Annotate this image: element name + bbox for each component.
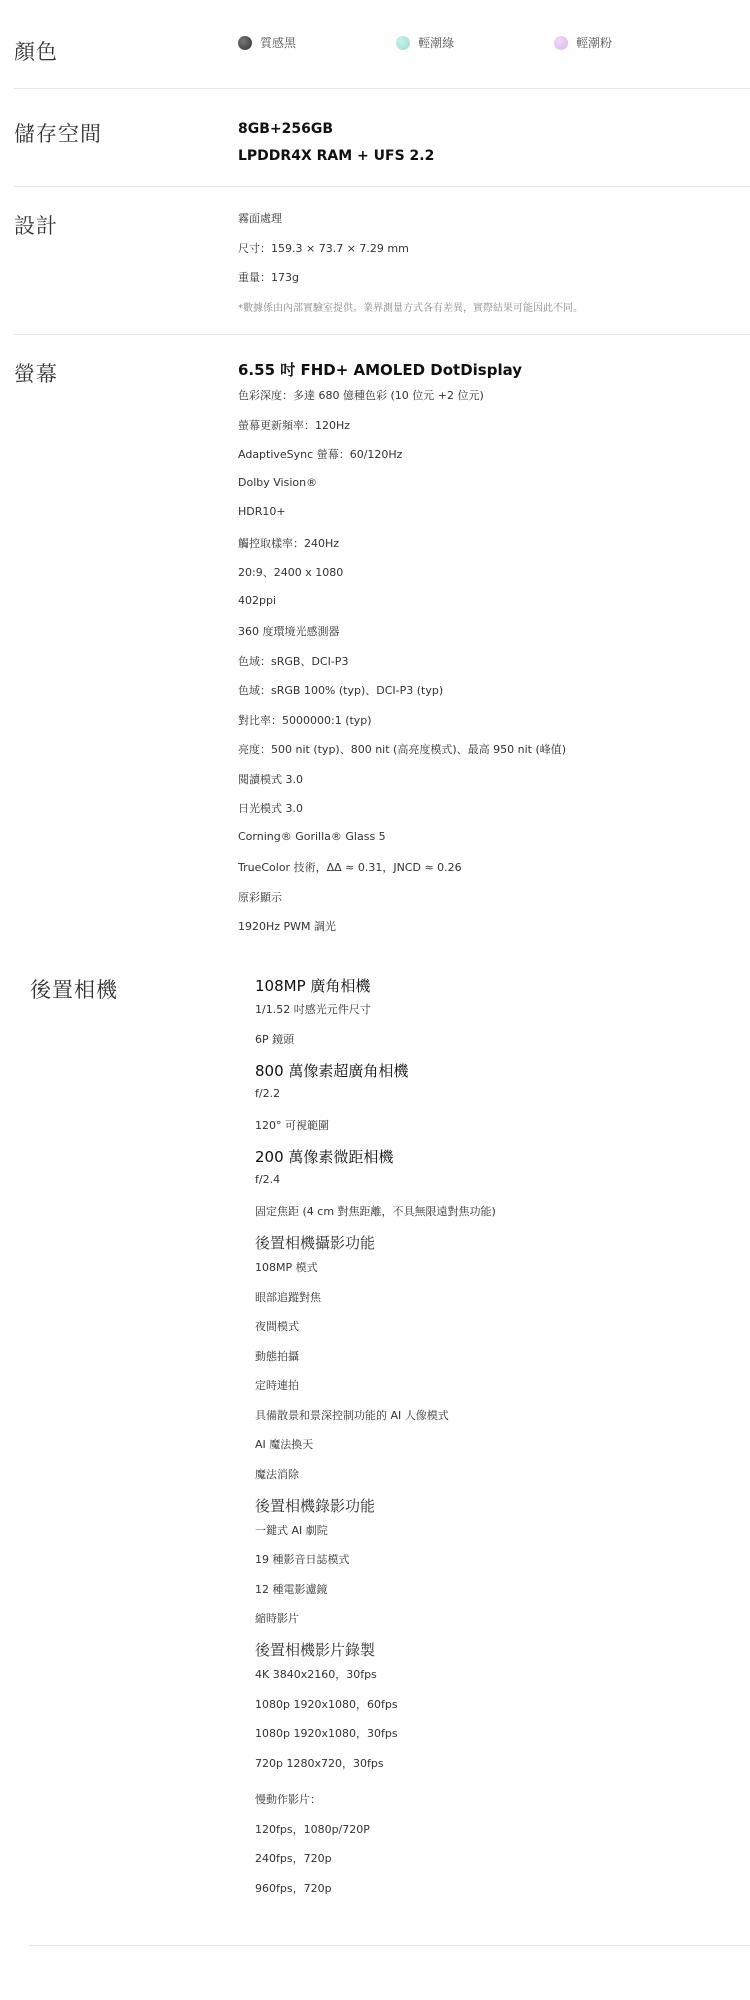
display-spec: 色域：sRGB、DCI-P3: [238, 653, 566, 683]
section-label-storage: 儲存空間: [14, 118, 102, 148]
display-spec: 20:9、2400 x 1080: [238, 564, 566, 594]
camera-spec: 1080p 1920x1080，60fps: [255, 1696, 496, 1726]
camera-spec: 19 種影音日誌模式: [255, 1551, 496, 1581]
design-dimensions: 尺寸：159.3 × 73.7 × 7.29 mm: [238, 240, 409, 256]
camera-spec: AI 魔法換天: [255, 1436, 496, 1466]
display-spec: AdaptiveSync 螢幕：60/120Hz: [238, 446, 566, 476]
section-label-display: 螢幕: [14, 358, 58, 388]
display-spec: 日光模式 3.0: [238, 800, 566, 830]
color-option-pink[interactable]: 輕潮粉: [554, 34, 712, 51]
rear-camera-spec-list: 108MP 廣角相機 1/1.52 吋感光元件尺寸 6P 鏡頭 800 萬像素超…: [255, 975, 496, 1909]
camera-spec: 一鍵式 AI 劇院: [255, 1522, 496, 1552]
camera-spec: f/2.2: [255, 1087, 496, 1117]
camera-subheading: 後置相機攝影功能: [255, 1232, 496, 1259]
camera-spec: 1/1.52 吋感光元件尺寸: [255, 1001, 496, 1031]
camera-spec: f/2.4: [255, 1173, 496, 1203]
divider: [14, 88, 750, 89]
display-spec-list: 色彩深度：多達 680 億種色彩 (10 位元 +2 位元) 螢幕更新頻率：12…: [238, 387, 566, 948]
color-dot-icon: [396, 36, 410, 50]
display-spec: 1920Hz PWM 調光: [238, 918, 566, 948]
display-spec: 螢幕更新頻率：120Hz: [238, 417, 566, 447]
camera-spec: 縮時影片: [255, 1610, 496, 1639]
camera-spec: 108MP 模式: [255, 1259, 496, 1289]
camera-spec: 720p 1280x720，30fps: [255, 1755, 496, 1791]
camera-spec: 魔法消除: [255, 1466, 496, 1495]
display-spec: 原彩顯示: [238, 889, 566, 919]
camera-spec: 120fps，1080p/720P: [255, 1821, 496, 1851]
design-footnote: *數據係由內部實驗室提供。業界測量方式各有差異，實際結果可能因此不同。: [238, 299, 583, 314]
display-spec: HDR10+: [238, 505, 566, 535]
divider: [29, 1945, 750, 1946]
camera-spec: 6P 鏡頭: [255, 1031, 496, 1060]
section-label-design: 設計: [14, 210, 58, 240]
camera-spec: 120° 可視範圍: [255, 1117, 496, 1146]
camera-spec: 定時連拍: [255, 1377, 496, 1407]
display-spec: TrueColor 技術，ΔΔ ≈ 0.31，JNCD ≈ 0.26: [238, 859, 566, 889]
camera-spec: 1080p 1920x1080，30fps: [255, 1725, 496, 1755]
color-dot-icon: [554, 36, 568, 50]
color-option-label: 輕潮綠: [418, 34, 454, 51]
camera-subheading: 後置相機影片錄製: [255, 1639, 496, 1666]
camera-spec: 眼部追蹤對焦: [255, 1289, 496, 1319]
camera-spec: 12 種電影濾鏡: [255, 1581, 496, 1611]
color-option-green[interactable]: 輕潮綠: [396, 34, 554, 51]
camera-spec: 具備散景和景深控制功能的 AI 人像模式: [255, 1407, 496, 1437]
camera-spec: 慢動作影片：: [255, 1791, 496, 1821]
color-dot-icon: [238, 36, 252, 50]
display-spec: Corning® Gorilla® Glass 5: [238, 830, 566, 860]
camera-spec: 動態拍攝: [255, 1348, 496, 1378]
display-spec: 觸控取樣率：240Hz: [238, 535, 566, 565]
divider: [14, 186, 750, 187]
color-options: 質感黑 輕潮綠 輕潮粉: [238, 34, 712, 51]
display-title: 6.55 吋 FHD+ AMOLED DotDisplay: [238, 359, 522, 380]
section-label-rear-camera: 後置相機: [30, 974, 118, 1004]
display-spec: 閱讀模式 3.0: [238, 771, 566, 801]
color-option-label: 輕潮粉: [576, 34, 612, 51]
storage-capacity: 8GB+256GB: [238, 121, 333, 137]
display-spec: 色彩深度：多達 680 億種色彩 (10 位元 +2 位元): [238, 387, 566, 417]
display-spec: Dolby Vision®: [238, 476, 566, 506]
camera-heading: 108MP 廣角相機: [255, 975, 496, 1001]
divider: [14, 334, 750, 335]
camera-heading: 200 萬像素微距相機: [255, 1146, 496, 1173]
display-spec: 402ppi: [238, 594, 566, 624]
camera-spec: 4K 3840x2160，30fps: [255, 1666, 496, 1696]
storage-type: LPDDR4X RAM + UFS 2.2: [238, 148, 434, 164]
section-label-colors: 顏色: [14, 36, 58, 66]
camera-spec: 240fps，720p: [255, 1850, 496, 1880]
color-option-label: 質感黑: [260, 34, 296, 51]
design-weight: 重量：173g: [238, 269, 299, 285]
color-option-black[interactable]: 質感黑: [238, 34, 396, 51]
design-finish: 霧面處理: [238, 210, 282, 226]
display-spec: 亮度：500 nit (typ)、800 nit (高亮度模式)、最高 950 …: [238, 741, 566, 771]
camera-spec: 夜間模式: [255, 1318, 496, 1348]
camera-subheading: 後置相機錄影功能: [255, 1495, 496, 1522]
display-spec: 360 度環境光感測器: [238, 623, 566, 653]
camera-spec: 960fps，720p: [255, 1880, 496, 1910]
display-spec: 對比率：5000000:1 (typ): [238, 712, 566, 742]
display-spec: 色域：sRGB 100% (typ)、DCI-P3 (typ): [238, 682, 566, 712]
camera-heading: 800 萬像素超廣角相機: [255, 1060, 496, 1087]
camera-spec: 固定焦距 (4 cm 對焦距離，不具無限遠對焦功能): [255, 1203, 496, 1232]
